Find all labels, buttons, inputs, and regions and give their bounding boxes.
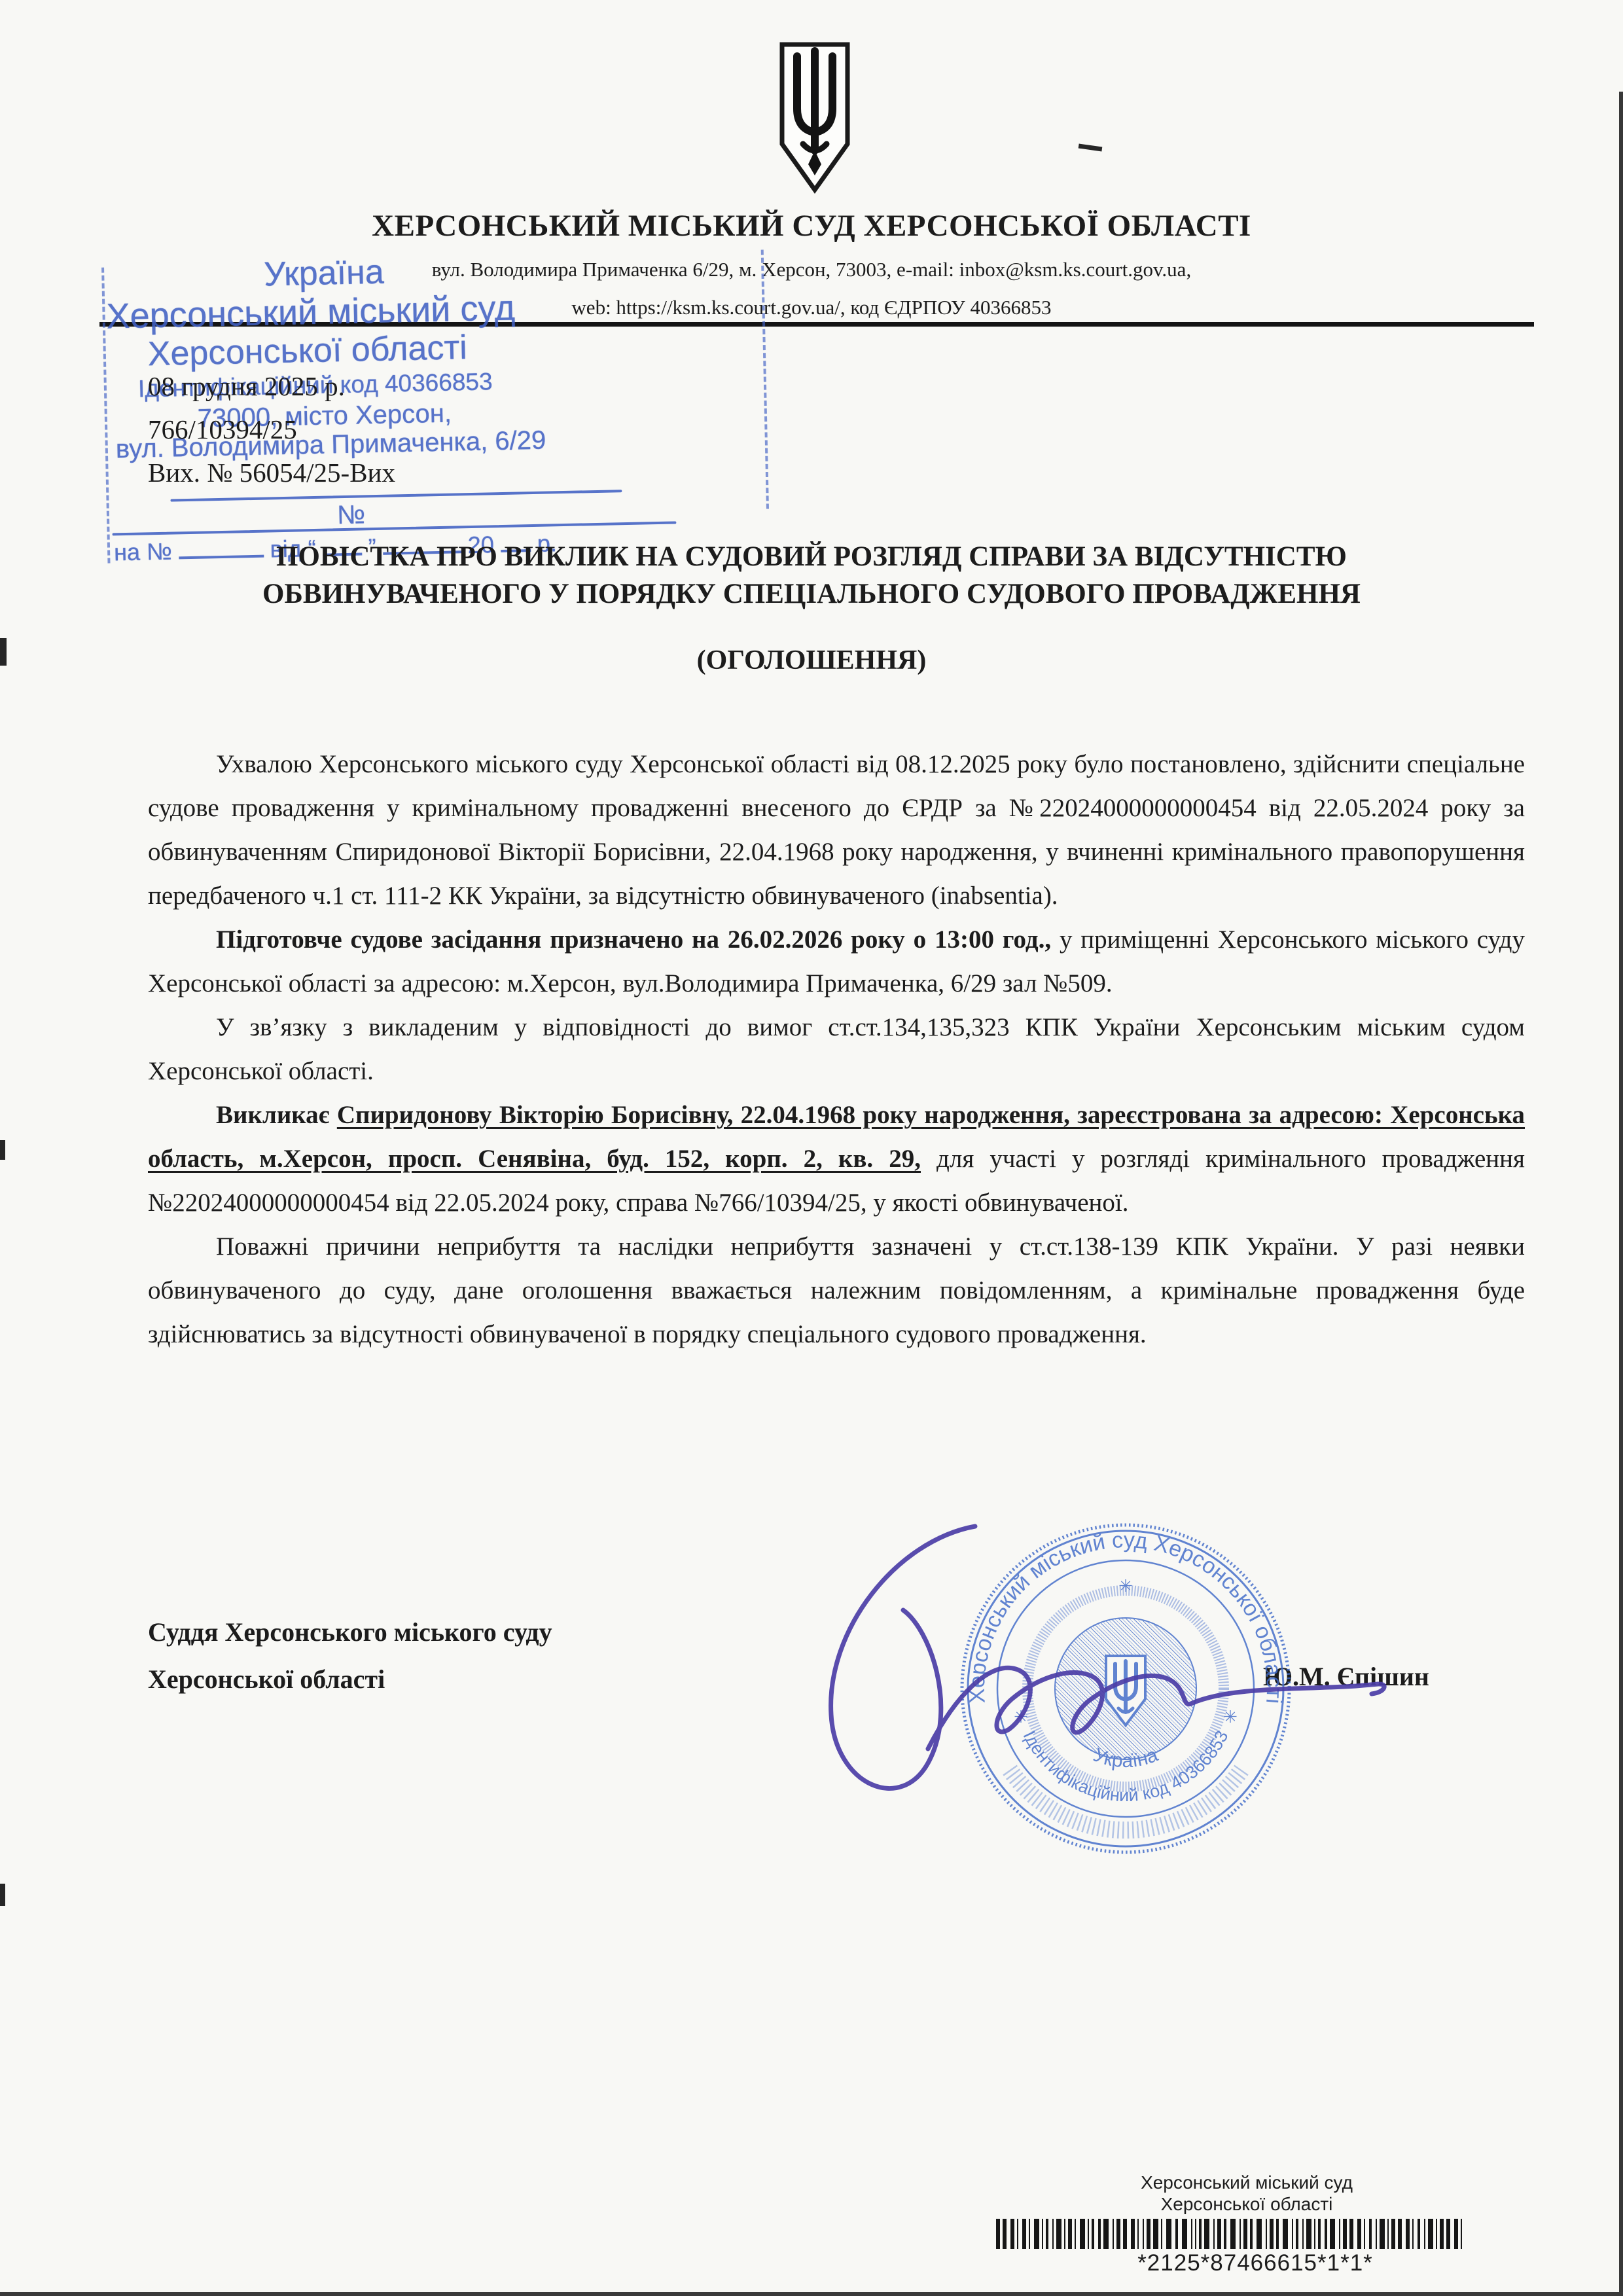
stamp-border-right (761, 250, 769, 509)
stamp-no-symbol: № (337, 500, 366, 530)
document-subtitle: (ОГОЛОШЕННЯ) (123, 645, 1500, 676)
scan-edge-mark (0, 638, 7, 666)
judge-signature (733, 1499, 1394, 1839)
scan-edge-line-bottom (0, 2292, 1623, 2296)
paragraph-ruling: Ухвалою Херсонського міського суду Херсо… (148, 742, 1525, 918)
scan-edge-mark (0, 1140, 5, 1160)
case-number: 766/10394/25 (148, 414, 297, 445)
outgoing-number: Вих. № 56054/25-Вих (148, 457, 395, 488)
paragraph-summons: Викликає Спиридонову Вікторію Борисівну,… (148, 1093, 1525, 1225)
stamp-blank-line-1 (170, 490, 622, 501)
barcode-text: *2125*87466615*1*1* (996, 2250, 1514, 2276)
scan-edge-mark (0, 1884, 5, 1906)
judge-title: Суддя Херсонського міського суду Херсонс… (148, 1609, 802, 1703)
footer-court-line1: Херсонський міський суд (1018, 2172, 1476, 2193)
page-title: ХЕРСОНСЬКИЙ МІСЬКИЙ СУД ХЕРСОНСЬКОЇ ОБЛА… (0, 208, 1623, 243)
outgoing-date: 08 грудня 2025 р. (148, 370, 345, 402)
paragraph-consequences: Поважні причини неприбуття та наслідки н… (148, 1225, 1525, 1356)
paragraph-legal-basis: У зв’язку з викладеним у відповідності д… (148, 1005, 1525, 1093)
hearing-date-bold: Підготовче судове засідання призначено н… (216, 925, 1051, 954)
scanned-court-summons: ХЕРСОНСЬКИЙ МІСЬКИЙ СУД ХЕРСОНСЬКОЇ ОБЛА… (0, 0, 1623, 2296)
coat-of-arms-icon (776, 41, 854, 194)
document-title: ПОВІСТКА ПРО ВИКЛИК НА СУДОВИЙ РОЗГЛЯД С… (123, 538, 1500, 613)
barcode (996, 2219, 1514, 2249)
footer-court-line2: Херсонської області (1018, 2193, 1476, 2215)
stamp-court-line2: Херсонської області (147, 328, 467, 374)
footer-court-name: Херсонський міський суд Херсонської обла… (1018, 2172, 1476, 2215)
judge-title-line2: Херсонської області (148, 1656, 802, 1703)
stamp-country: Україна (264, 253, 385, 295)
scan-edge-line-right (1619, 92, 1623, 2296)
paragraph-hearing: Підготовче судове засідання призначено н… (148, 918, 1525, 1005)
document-title-line1: ПОВІСТКА ПРО ВИКЛИК НА СУДОВИЙ РОЗГЛЯД С… (123, 538, 1500, 575)
summons-verb: Викликає (216, 1101, 337, 1129)
document-title-line2: ОБВИНУВАЧЕНОГО У ПОРЯДКУ СПЕЦІАЛЬНОГО СУ… (123, 575, 1500, 613)
judge-title-line1: Суддя Херсонського міського суду (148, 1609, 802, 1656)
scan-mark (1079, 144, 1103, 152)
document-body: Ухвалою Херсонського міського суду Херсо… (148, 742, 1525, 1356)
